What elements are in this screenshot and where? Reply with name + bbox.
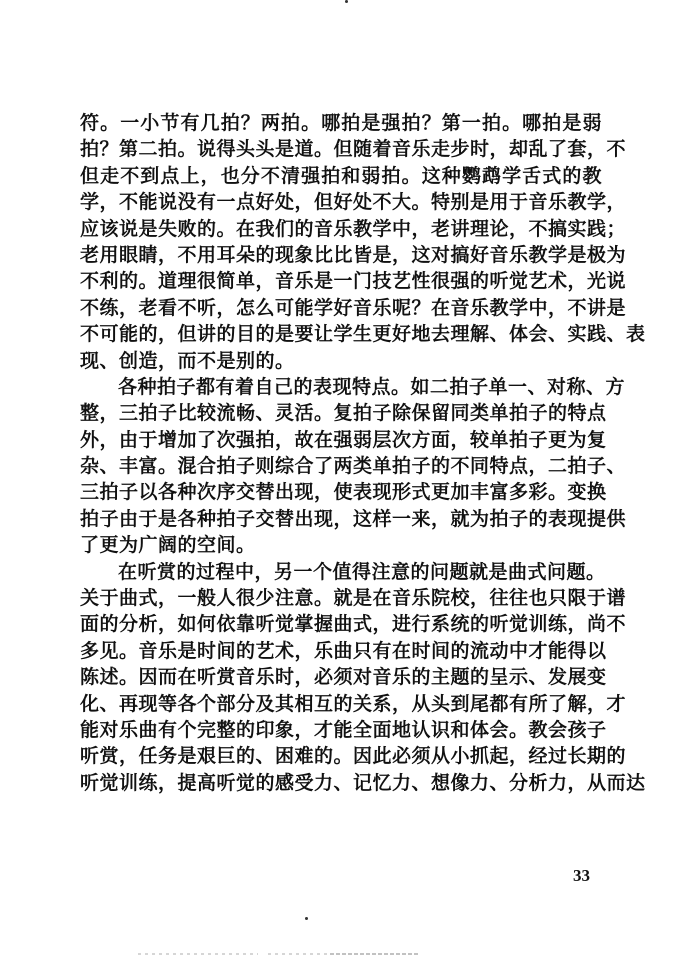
text-line: 拍？第二拍。说得头头是道。但随着音乐走步时，却乱了套，不 bbox=[80, 136, 602, 162]
text-line: 面的分析，如何依靠听觉掌握曲式，进行系统的听觉训练，尚不 bbox=[80, 611, 602, 637]
scan-artifact-left bbox=[138, 953, 258, 955]
text-line: 但走不到点上，也分不清强拍和弱拍。这种鹦鹉学舌式的教 bbox=[80, 163, 602, 189]
text-line: 符。一小节有几拍？两拍。哪拍是强拍？第一拍。哪拍是弱 bbox=[80, 110, 602, 136]
text-line: 三拍子以各种次序交替出现，使表现形式更加丰富多彩。变换 bbox=[80, 479, 602, 505]
text-line: 不可能的，但讲的目的是要让学生更好地去理解、体会、实践、表 bbox=[80, 321, 602, 347]
text-line: 应该说是失败的。在我们的音乐教学中，老讲理论，不搞实践； bbox=[80, 216, 602, 242]
page-number: 33 bbox=[573, 866, 590, 886]
text-line: 现、创造，而不是别的。 bbox=[80, 348, 602, 374]
text-line: 不利的。道理很简单，音乐是一门技艺性很强的听觉艺术，光说 bbox=[80, 268, 602, 294]
text-line: 化、再现等各个部分及其相互的关系，从头到尾都有所了解，才 bbox=[80, 691, 602, 717]
page-body: 符。一小节有几拍？两拍。哪拍是强拍？第一拍。哪拍是弱拍？第二拍。说得头头是道。但… bbox=[80, 110, 602, 796]
text-line: 在听赏的过程中，另一个值得注意的问题就是曲式问题。 bbox=[80, 559, 602, 585]
text-line: 能对乐曲有个完整的印象，才能全面地认识和体会。教会孩子 bbox=[80, 717, 602, 743]
text-line: 外，由于增加了次强拍，故在强弱层次方面，较单拍子更为复 bbox=[80, 427, 602, 453]
text-line: 整，三拍子比较流畅、灵活。复拍子除保留同类单拍子的特点 bbox=[80, 400, 602, 426]
text-line: 多见。音乐是时间的艺术，乐曲只有在时间的流动中才能得以 bbox=[80, 638, 602, 664]
text-line: 听赏，任务是艰巨的、困难的。因此必须从小抓起，经过长期的 bbox=[80, 743, 602, 769]
scan-artifact-mid bbox=[268, 953, 328, 955]
text-line: 学，不能说没有一点好处，但好处不大。特别是用于音乐教学， bbox=[80, 189, 602, 215]
scan-artifact-far-right bbox=[330, 953, 420, 955]
scan-speck-bottom bbox=[305, 917, 308, 920]
text-line: 杂、丰富。混合拍子则综合了两类单拍子的不同特点，二拍子、 bbox=[80, 453, 602, 479]
scan-speck-top bbox=[345, 0, 348, 3]
text-line: 不练，老看不听，怎么可能学好音乐呢？在音乐教学中，不讲是 bbox=[80, 295, 602, 321]
text-line: 听觉训练，提高听觉的感受力、记忆力、想像力、分析力，从而达 bbox=[80, 770, 602, 796]
text-line: 关于曲式，一般人很少注意。就是在音乐院校，往往也只限于谱 bbox=[80, 585, 602, 611]
text-line: 陈述。因而在听赏音乐时，必须对音乐的主题的呈示、发展变 bbox=[80, 664, 602, 690]
text-line: 各种拍子都有着自己的表现特点。如二拍子单一、对称、方 bbox=[80, 374, 602, 400]
text-line: 老用眼睛，不用耳朵的现象比比皆是，这对搞好音乐教学是极为 bbox=[80, 242, 602, 268]
text-line: 拍子由于是各种拍子交替出现，这样一来，就为拍子的表现提供 bbox=[80, 506, 602, 532]
text-line: 了更为广阔的空间。 bbox=[80, 532, 602, 558]
